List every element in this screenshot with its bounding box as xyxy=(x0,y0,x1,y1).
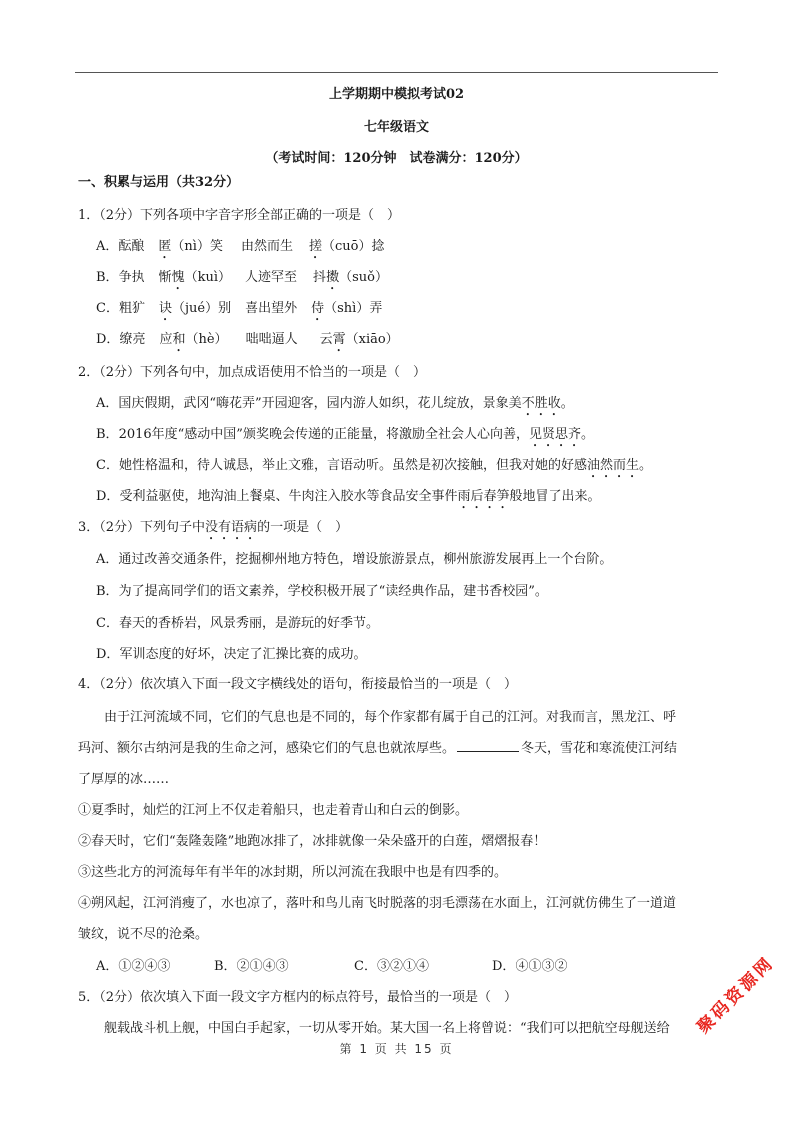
question-4-stem: 4．（2分）依次填入下面一段文字横线处的语句，衔接最恰当的一项是（ ） xyxy=(78,673,517,692)
question-2-option-b: B．2016年度“感动中国”颁奖晚会传递的正能量，将激励全社会人心向善，见贤思齐… xyxy=(96,423,594,450)
question-1-option-d: D．缭亮应和（hè）咄咄逼人云霄（xiāo） xyxy=(96,328,399,355)
question-3-option-a: A．通过改善交通条件，挖掘柳州地方特色，增设旅游景点，柳州旅游发展再上一个台阶。 xyxy=(96,548,612,567)
question-4-passage-line-3: 了厚厚的冰…… xyxy=(78,768,169,787)
question-4-item-4-cont: 皱纹，说不尽的沧桑。 xyxy=(78,923,208,942)
exam-info: （考试时间：120分钟 试卷满分：120分） xyxy=(0,147,793,166)
question-4-item-4: ④朔风起，江河消瘦了，水也凉了，落叶和鸟儿南飞时脱落的羽毛漂荡在水面上，江河就仿… xyxy=(78,892,676,911)
answer-blank xyxy=(457,739,519,752)
question-4-passage-line-1: 由于江河流域不同，它们的气息也是不同的，每个作家都有属于自己的江河。对我而言，黑… xyxy=(104,706,676,725)
question-3-option-b: B．为了提高同学们的语文素养，学校积极开展了“读经典作品，建书香校园”。 xyxy=(96,580,548,599)
question-4-item-2: ②春天时，它们“轰隆轰隆”地跑冰排了，冰排就像一朵朵盛开的白莲，熠熠报春！ xyxy=(78,830,546,849)
question-1-option-a: A．酝酿匿（nì）笑由然而生搓（cuō）捻 xyxy=(96,235,384,262)
watermark: 聚码资源网 xyxy=(690,949,778,1037)
top-divider xyxy=(75,72,718,73)
question-4-option-a: A．①②④③ xyxy=(96,955,170,974)
question-3-option-c: C．春天的香桥岩，风景秀丽，是游玩的好季节。 xyxy=(96,612,379,631)
question-2-stem: 2．（2分）下列各句中，加点成语使用不恰当的一项是（ ） xyxy=(78,361,426,380)
question-2-option-a: A．国庆假期，武冈“嗨花弄”开园迎客，园内游人如织，花儿绽放，景象美不胜收。 xyxy=(96,392,574,419)
exam-subject: 七年级语文 xyxy=(0,116,793,135)
question-4-passage-line-2: 玛河、额尔古纳河是我的生命之河，感染它们的气息也就浓厚些。冬天，雪花和寒流使江河… xyxy=(78,737,677,756)
question-1-option-c: C．粗犷诀（jué）别喜出望外侍（shì）弄 xyxy=(96,297,382,324)
exam-title: 上学期期中模拟考试02 xyxy=(0,83,793,102)
question-2-option-d: D．受利益驱使，地沟油上餐桌、牛肉注入胶水等食品安全事件雨后春笋般地冒了出来。 xyxy=(96,485,600,512)
question-1-stem: 1．（2分）下列各项中字音字形全部正确的一项是（ ） xyxy=(78,204,400,223)
question-4-item-1: ①夏季时，灿烂的江河上不仅走着船只，也走着青山和白云的倒影。 xyxy=(78,799,468,818)
question-5-passage-line-1: 舰载战斗机上舰，中国白手起家，一切从零开始。某大国一名上将曾说：“我们可以把航空… xyxy=(104,1017,670,1036)
question-3-option-d: D．军训态度的好坏，决定了汇操比赛的成功。 xyxy=(96,643,366,662)
question-4-item-3: ③这些北方的河流每年有半年的冰封期，所以河流在我眼中也是有四季的。 xyxy=(78,861,507,880)
question-4-option-c: C．③②①④ xyxy=(354,955,429,974)
question-4-option-d: D．④①③② xyxy=(492,955,567,974)
section-heading: 一、积累与运用（共32分） xyxy=(78,171,239,190)
question-4-option-b: B．②①④③ xyxy=(214,955,289,974)
question-2-option-c: C．她性格温和，待人诚恳，举止文雅，言语动听。虽然是初次接触，但我对她的好感油然… xyxy=(96,454,652,481)
page-footer: 第 1 页 共 15 页 xyxy=(0,1040,793,1057)
question-3-stem: 3．（2分）下列句子中没有语病的一项是（ ） xyxy=(78,516,348,543)
question-1-option-b: B．争执惭愧（kuì）人迹罕至抖擞（suǒ） xyxy=(96,266,388,293)
question-5-stem: 5．（2分）依次填入下面一段文字方框内的标点符号，最恰当的一项是（ ） xyxy=(78,986,517,1005)
